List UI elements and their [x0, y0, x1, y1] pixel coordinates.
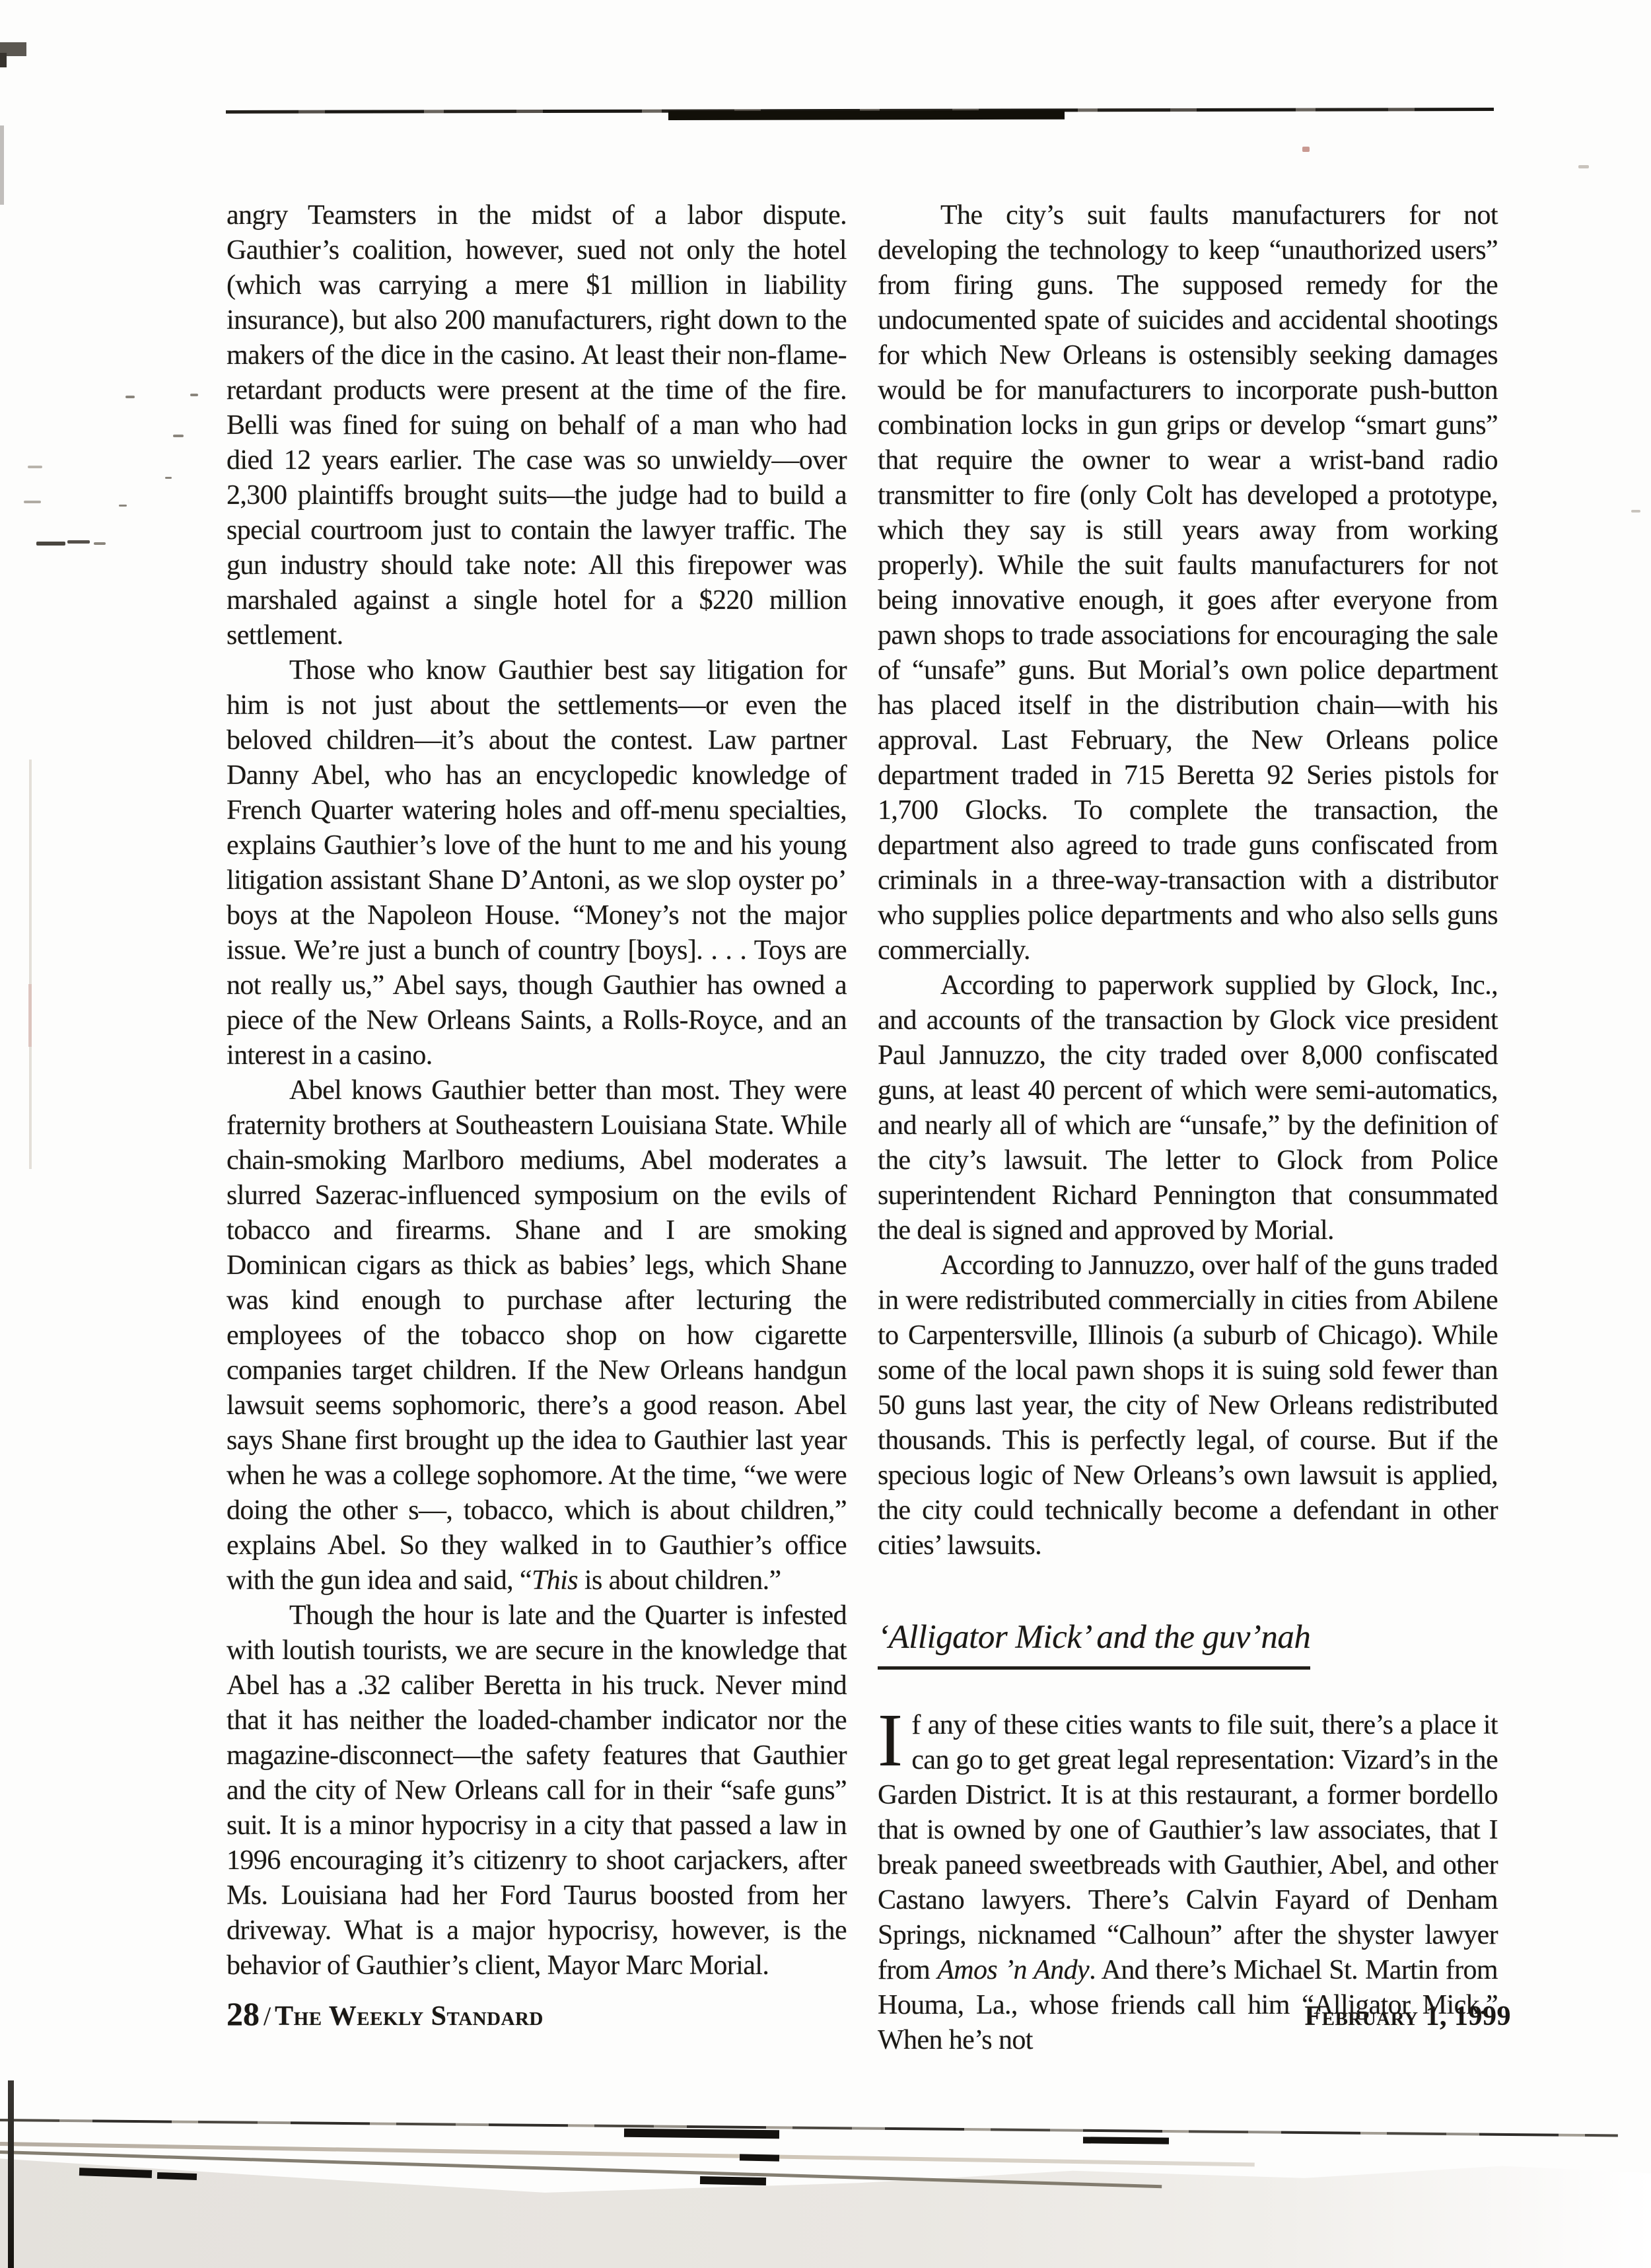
scan-speck — [190, 394, 198, 396]
footer-date: February 1, 1999 — [1304, 2001, 1511, 2032]
scan-artifact-dash — [624, 2129, 779, 2139]
italic-title: Amos ’n Andy — [937, 1955, 1089, 1985]
scan-artifact-page-edge-line — [0, 2142, 1255, 2167]
scan-speck — [24, 501, 41, 503]
left-column: angry Teamsters in the midst of a labor … — [227, 198, 847, 2058]
section-heading-text: ‘Alligator Mick’ and the guv’nah — [878, 1619, 1310, 1670]
scan-speck — [94, 542, 106, 545]
scan-speck — [173, 435, 184, 437]
scan-artifact-page-edge-line — [0, 2119, 1618, 2137]
article-paragraph: Though the hour is late and the Quarter … — [227, 1598, 847, 1983]
scan-speck — [119, 505, 127, 507]
paragraph-text: f any of these cities wants to file suit… — [878, 1710, 1498, 1985]
scan-artifact-edge-smudge — [0, 125, 4, 205]
scan-artifact-left-edge-bar — [8, 2080, 14, 2268]
paragraph-text: is about children.” — [578, 1565, 781, 1596]
article-paragraph: The city’s suit faults manufacturers for… — [878, 198, 1498, 968]
scan-speck — [1578, 165, 1589, 168]
section-heading: ‘Alligator Mick’ and the guv’nah — [878, 1619, 1498, 1670]
article-paragraph: According to Jannuzzo, over half of the … — [878, 1248, 1498, 1563]
article-paragraph: Those who know Gauthier best say litigat… — [227, 653, 847, 1073]
footer-publication: The Weekly Standard — [275, 2001, 544, 2032]
footer-page-number: 28 — [227, 1995, 260, 2032]
drop-cap: I — [878, 1708, 911, 1770]
top-rule-thick-segment — [668, 110, 1065, 120]
scan-speck — [1631, 510, 1640, 513]
scan-speck — [125, 396, 135, 398]
scan-speck — [67, 540, 90, 544]
paragraph-text: Abel knows Gauthier better than most. Th… — [227, 1075, 847, 1596]
scan-artifact-dash — [157, 2172, 197, 2180]
scan-speck — [28, 466, 42, 468]
scan-speck — [36, 542, 65, 546]
magazine-page: angry Teamsters in the midst of a labor … — [0, 0, 1651, 2268]
footer-separator: / — [260, 2001, 275, 2031]
article-paragraph: Abel knows Gauthier better than most. Th… — [227, 1073, 847, 1598]
footer-left: 28/The Weekly Standard — [227, 1995, 544, 2033]
article-paragraph: angry Teamsters in the midst of a labor … — [227, 198, 847, 653]
scan-speck — [165, 477, 172, 479]
italic-word: This — [532, 1565, 578, 1596]
scan-artifact-corner-tab-tip — [0, 53, 7, 67]
scan-artifact-dash — [1083, 2137, 1169, 2144]
scan-artifact-dash — [700, 2176, 766, 2185]
scan-speck — [1302, 147, 1310, 152]
scan-artifact-bottom-pages — [0, 2146, 1651, 2268]
scan-artifact-dash — [740, 2154, 779, 2161]
scan-artifact-margin-streak-pink — [28, 984, 32, 1047]
article-body: angry Teamsters in the midst of a labor … — [227, 198, 1498, 2058]
right-column: The city’s suit faults manufacturers for… — [878, 198, 1498, 2058]
article-paragraph: According to paperwork supplied by Glock… — [878, 968, 1498, 1248]
page-footer: 28/The Weekly Standard February 1, 1999 — [227, 1995, 1511, 2033]
scan-artifact-margin-streak — [29, 760, 32, 1169]
